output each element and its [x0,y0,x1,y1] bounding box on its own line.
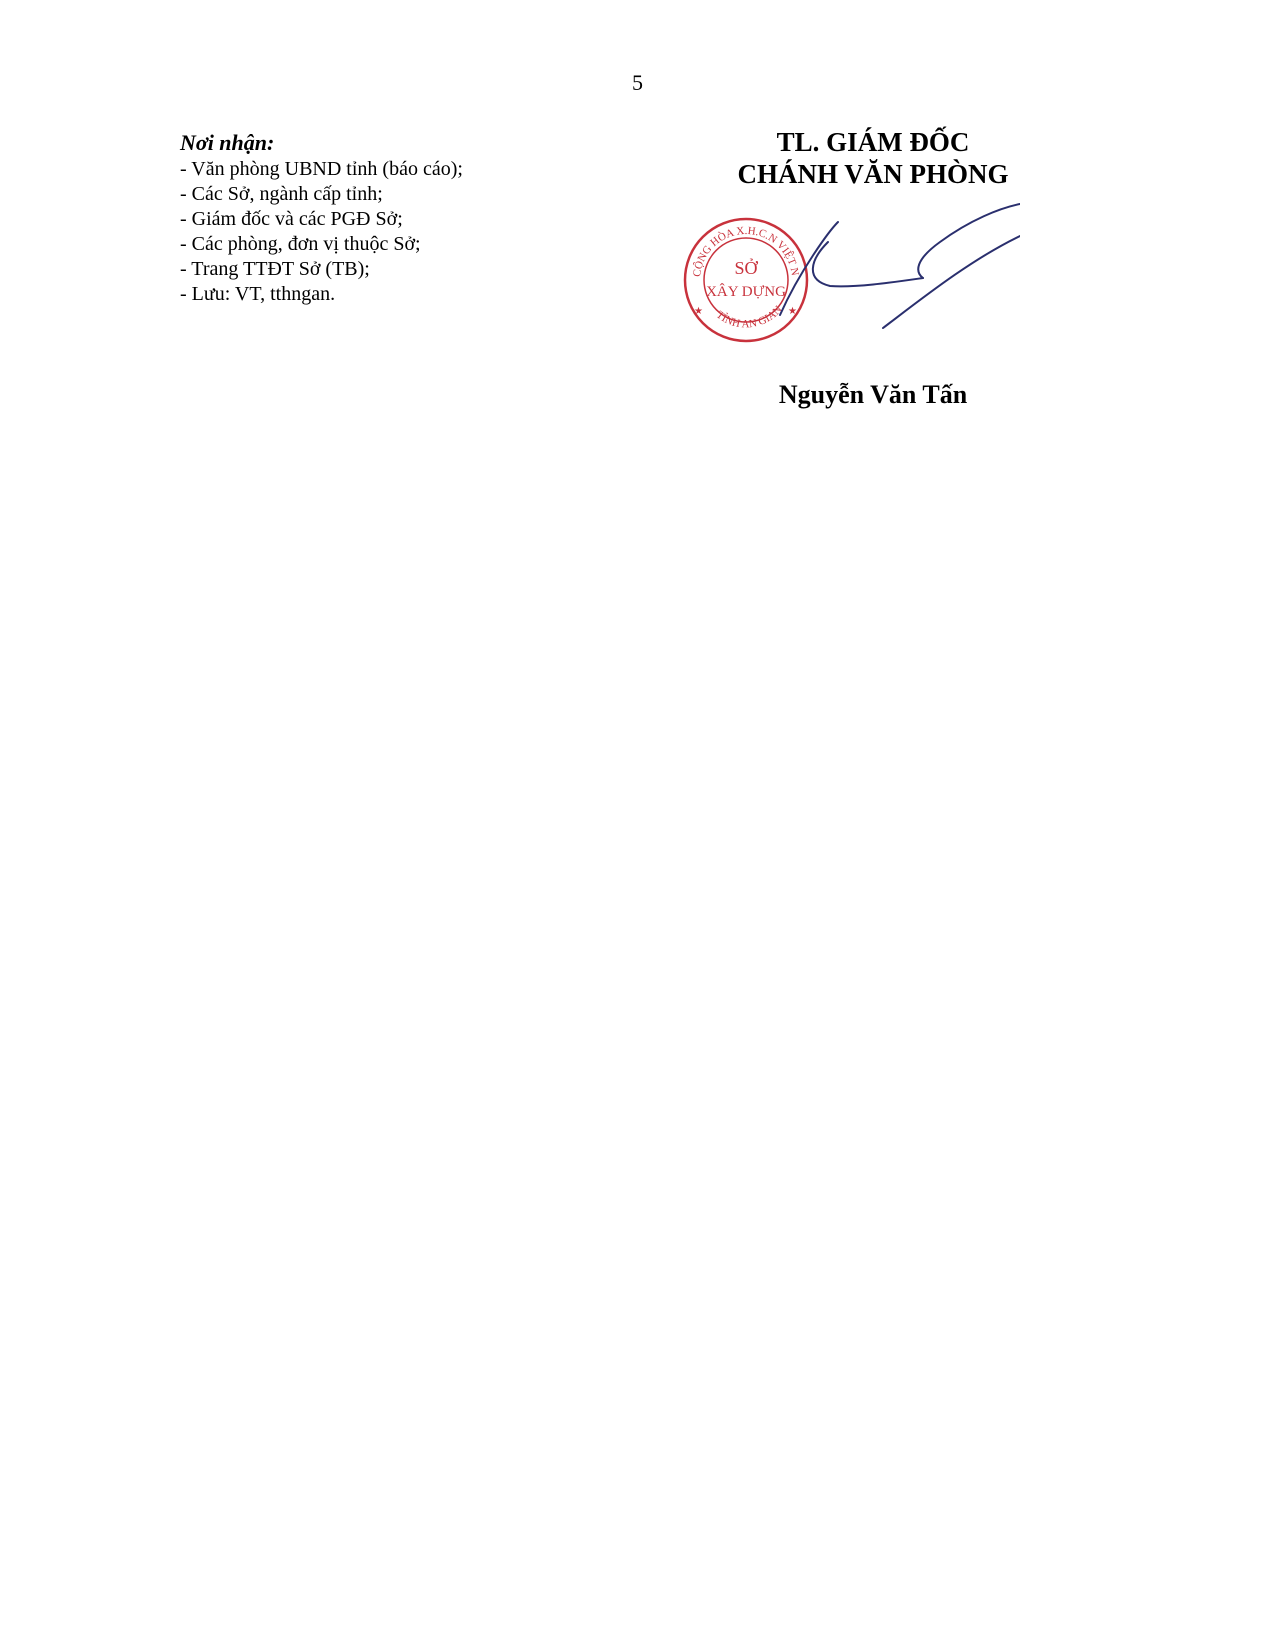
svg-text:★: ★ [788,306,797,317]
signer-title-line2: CHÁNH VĂN PHÒNG [690,158,1056,190]
signer-title: TL. GIÁM ĐỐC CHÁNH VĂN PHÒNG [690,126,1056,190]
page-number: 5 [0,70,1275,96]
recipient-item: - Các phòng, đơn vị thuộc Sở; [180,232,463,257]
svg-text:XÂY DỰNG: XÂY DỰNG [706,283,786,300]
recipient-item: - Giám đốc và các PGĐ Sở; [180,207,463,232]
svg-text:★: ★ [694,306,703,317]
signer-name: Nguyễn Văn Tấn [690,380,1056,410]
official-seal-icon: CỘNG HÒA X.H.C.N VIỆT NAM TỈNH AN GIANG … [680,200,807,341]
recipient-item: - Văn phòng UBND tỉnh (báo cáo); [180,157,463,182]
signature-icon [780,204,1020,328]
signer-title-line1: TL. GIÁM ĐỐC [690,126,1056,158]
recipient-item: - Lưu: VT, tthngan. [180,282,463,307]
recipients-block: Nơi nhận: - Văn phòng UBND tỉnh (báo cáo… [180,130,463,307]
recipient-item: - Trang TTĐT Sở (TB); [180,257,463,282]
recipient-item: - Các Sở, ngành cấp tỉnh; [180,182,463,207]
seal-and-signature: CỘNG HÒA X.H.C.N VIỆT NAM TỈNH AN GIANG … [680,200,1020,350]
recipients-heading: Nơi nhận: [180,130,463,155]
svg-text:SỞ: SỞ [734,257,758,278]
